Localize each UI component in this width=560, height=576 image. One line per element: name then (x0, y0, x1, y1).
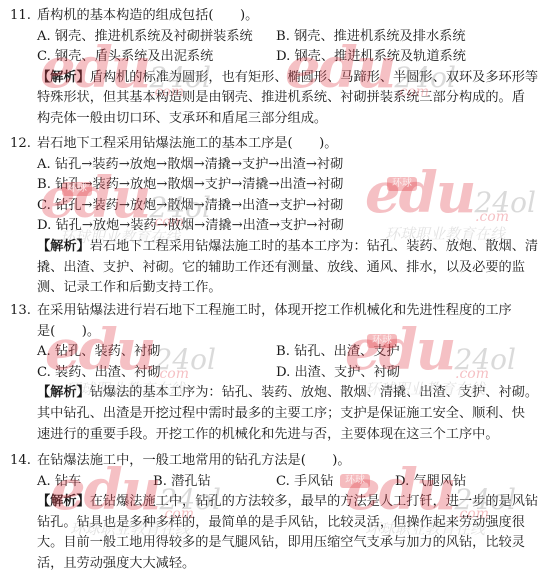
question-stem: 盾构机的基本构造的组成包括( )。 (37, 6, 258, 27)
option-d: D. 气腿风钻 (395, 472, 466, 493)
explanation-line: 活，且劳动强度大大减轻。 (37, 554, 550, 575)
option-b: B. 潜孔钻 (153, 472, 211, 493)
question-14: 14.在钻爆法施工中，一般工地常用的钻孔方法是( )。 A. 钻车B. 潜孔钻C… (10, 451, 550, 575)
option-a: A. 钻孔→装药→放炮→散烟→清撬→支护→出渣→衬砌 (37, 155, 343, 176)
question-stem-cont: 是( )。 (37, 322, 100, 343)
explanation: 【解析】钻爆法的基本工序为：钻孔、装药、放炮、散烟、清撬、出渣、支护、衬砌。 (37, 383, 550, 404)
explanation-line: 大。目前一般工地用得较多的是气腿风钻，即用压缩空气支承与加力的风钻，比较灵 (37, 533, 550, 554)
option-b: B. 钻孔→装药→放炮→散烟→支护→清撬→出渣→衬砌 (37, 175, 343, 196)
question-13: 13.在采用钻爆法进行岩石地下工程施工时，体现开挖工作机械化和先进性程度的工序 … (10, 301, 550, 445)
explanation-line: 构壳体一般由切口环、支承环和盾尾三部分组成。 (37, 109, 550, 130)
option-d: D. 出渣、支护、衬砌 (276, 363, 400, 384)
option-b: B. 钢壳、推进机系统及排水系统 (276, 27, 466, 48)
explanation-label: 【解析】 (37, 239, 90, 254)
question-11: 11.盾构机的基本构造的组成包括( )。 A. 钢壳、推进机系统及衬砌拼装系统B… (10, 6, 550, 130)
option-c: C. 装药、出渣、衬砌 (37, 363, 161, 384)
question-12: 12.岩石地下工程采用钻爆法施工的基本工序是( )。 A. 钻孔→装药→放炮→散… (10, 134, 550, 299)
explanation-label: 【解析】 (37, 70, 90, 85)
option-c: C. 手风钻 (276, 472, 334, 493)
explanation: 【解析】在钻爆法施工中，钻孔的方法较多，最早的方法是人工打钎，进一步的是风钻 (37, 492, 550, 513)
explanation-line: 速进行的重要手段。开挖工作的机械化和先进与否，主要体现在这三个工序中。 (37, 425, 550, 446)
explanation-line: 撬、出渣、支护、衬砌。它的辅助工作还有测量、放线、通风、排水，以及必要的监 (37, 258, 550, 279)
explanation-label: 【解析】 (37, 494, 90, 509)
option-a: A. 钢壳、推进机系统及衬砌拼装系统 (37, 27, 253, 48)
exam-page: 11.盾构机的基本构造的组成包括( )。 A. 钢壳、推进机系统及衬砌拼装系统B… (0, 0, 560, 576)
explanation: 【解析】岩石地下工程采用钻爆法施工时的基本工序为：钻孔、装药、放炮、散烟、清 (37, 237, 550, 258)
explanation-line: 其中钻孔、出渣是开挖过程中需时最多的主要工序；支护是保证施工安全、顺利、快 (37, 404, 550, 425)
option-d: D. 钢壳、推进机系统及轨道系统 (276, 47, 466, 68)
question-number: 13. (10, 301, 31, 322)
option-d: D. 钻孔→放炮→装药→散烟→清撬→出渣→支护→衬砌 (37, 216, 344, 237)
option-a: A. 钻孔、装药、衬砌 (37, 342, 160, 363)
option-c: C. 钢壳、盾头系统及出泥系统 (37, 47, 213, 68)
explanation-line: 测、记录工作和后勤支持工作。 (37, 278, 550, 299)
question-number: 14. (10, 451, 31, 472)
option-a: A. 钻车 (37, 472, 81, 493)
question-number: 12. (10, 134, 31, 155)
option-b: B. 钻孔、出渣、支护 (276, 342, 400, 363)
question-stem: 在钻爆法施工中，一般工地常用的钻孔方法是( )。 (37, 451, 351, 472)
explanation-line: 特殊形状，但其基本构造则是由钢壳、推进机系统、衬砌拼装系统三部分构成的。盾 (37, 88, 550, 109)
option-c: C. 钻孔→装药→放炮→散烟→清撬→出渣→支护→衬砌 (37, 196, 343, 217)
explanation-line: 钻孔。钻具也是多种多样的，最简单的是手风钻，比较灵活，但操作起来劳动强度很 (37, 513, 550, 534)
question-stem: 在采用钻爆法进行岩石地下工程施工时，体现开挖工作机械化和先进性程度的工序 (37, 301, 512, 322)
question-stem: 岩石地下工程采用钻爆法施工的基本工序是( )。 (37, 134, 337, 155)
explanation-label: 【解析】 (37, 385, 90, 400)
explanation: 【解析】盾构机的标准为圆形，也有矩形、椭圆形、马蹄形、半圆形、双环及多环形等 (37, 68, 550, 89)
question-number: 11. (10, 6, 31, 27)
